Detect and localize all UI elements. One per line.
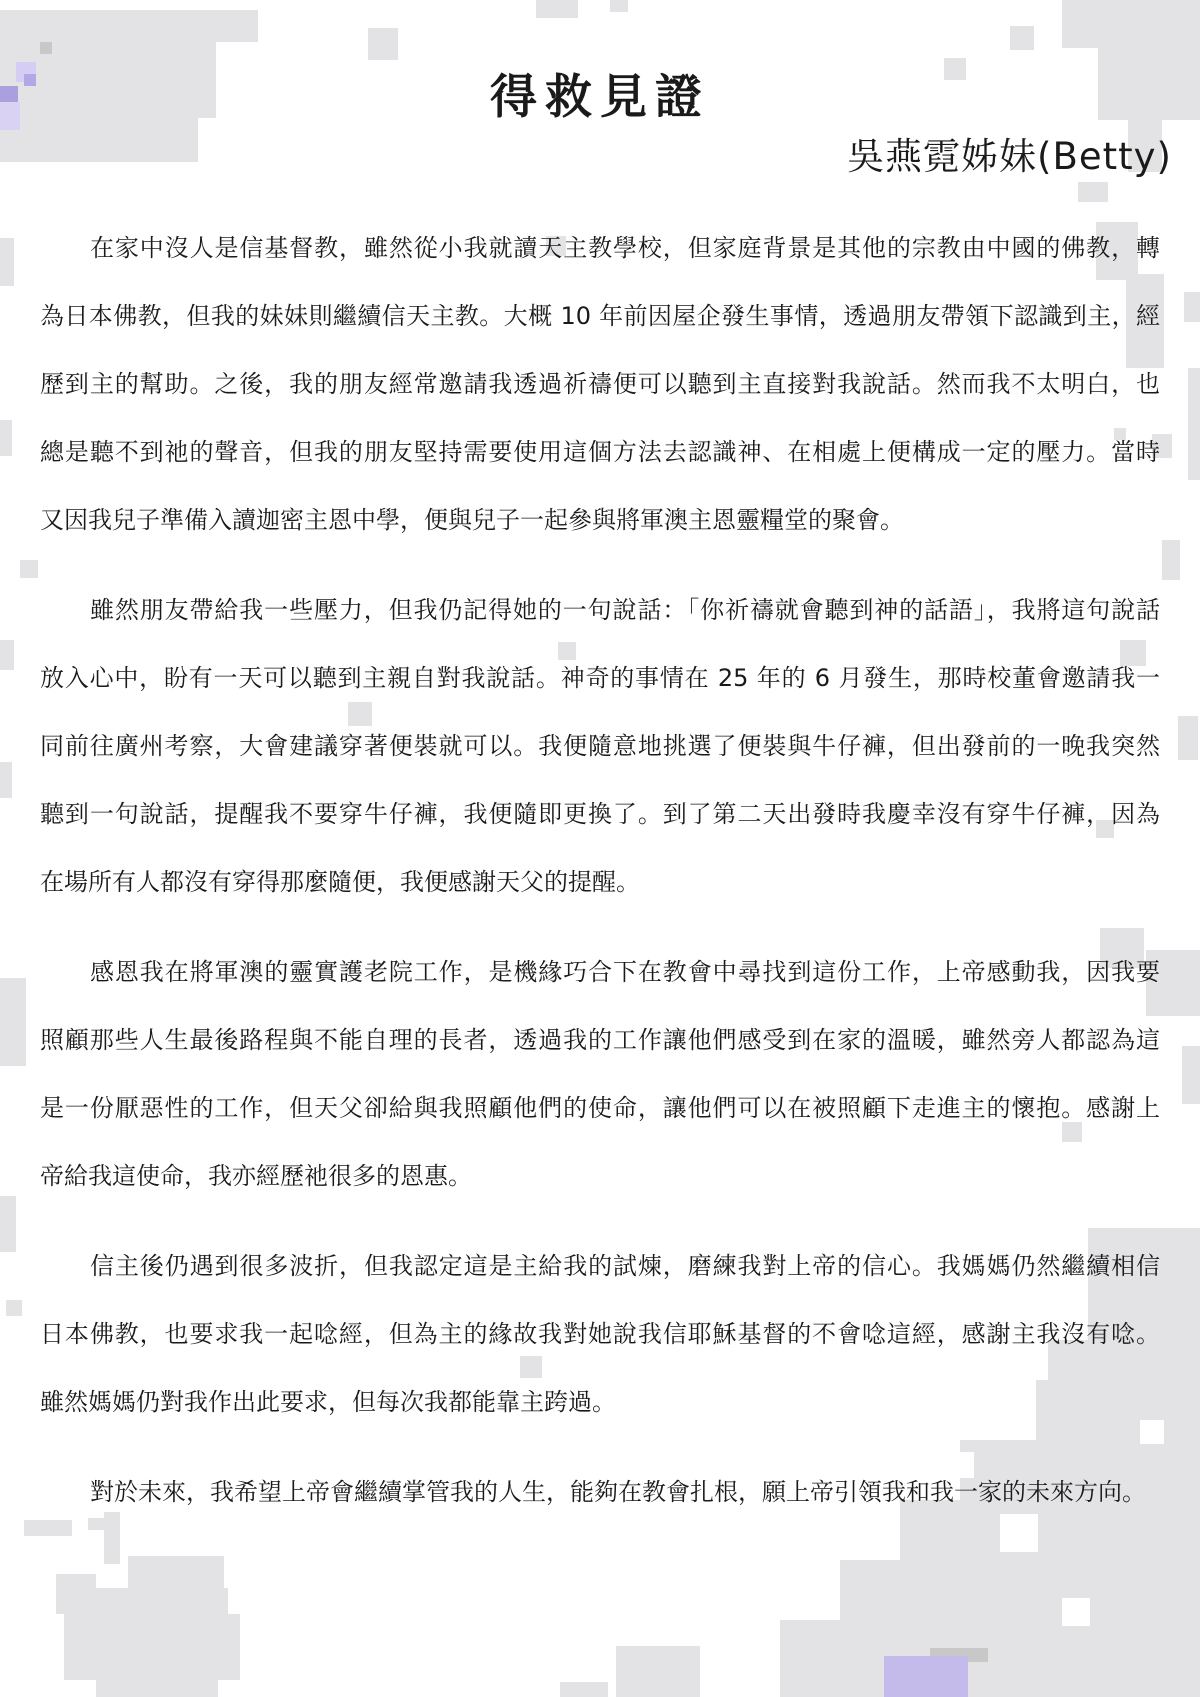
text-line: 歷到主的幫助。之後，我的朋友經常邀請我透過祈禱便可以聽到主直接對我說話。然而我不… [40, 350, 1160, 418]
text-line: 放入心中，盼有一天可以聽到主親自對我說話。神奇的事情在 25 年的 6 月發生，… [40, 644, 1160, 712]
text-body: 在家中沒人是信基督教，雖然從小我就讀天主教學校，但家庭背景是其他的宗教由中國的佛… [40, 214, 1160, 1548]
text-line: 雖然朋友帶給我一些壓力，但我仍記得她的一句說話：「你祈禱就會聽到神的話語」，我將… [40, 576, 1160, 644]
text-line: 雖然媽媽仍對我作出此要求，但每次我都能靠主跨過。 [40, 1368, 1160, 1436]
paragraph: 感恩我在將軍澳的靈實護老院工作，是機緣巧合下在教會中尋找到這份工作，上帝感動我，… [40, 938, 1160, 1210]
text-line: 照顧那些人生最後路程與不能自理的長者，透過我的工作讓他們感受到在家的溫暖，雖然旁… [40, 1006, 1160, 1074]
text-line: 在場所有人都沒有穿得那麼隨便，我便感謝天父的提醒。 [40, 848, 1160, 916]
text-line: 在家中沒人是信基督教，雖然從小我就讀天主教學校，但家庭背景是其他的宗教由中國的佛… [40, 214, 1160, 282]
text-line: 帝給我這使命，我亦經歷祂很多的恩惠。 [40, 1142, 1160, 1210]
text-line: 日本佛教，也要求我一起唸經，但為主的緣故我對她說我信耶穌基督的不會唸這經，感謝主… [40, 1300, 1160, 1368]
author-name: 吳燕霓姊妹(Betty) [847, 126, 1172, 180]
text-line: 又因我兒子準備入讀迦密主恩中學，便與兒子一起參與將軍澳主恩靈糧堂的聚會。 [40, 486, 1160, 554]
page-title: 得救見證 [0, 60, 1200, 127]
paragraph: 雖然朋友帶給我一些壓力，但我仍記得她的一句說話：「你祈禱就會聽到神的話語」，我將… [40, 576, 1160, 916]
text-line: 聽到一句說話，提醒我不要穿牛仔褲，我便隨即更換了。到了第二天出發時我慶幸沒有穿牛… [40, 780, 1160, 848]
text-line: 為日本佛教，但我的妹妹則繼續信天主教。大概 10 年前因屋企發生事情，透過朋友帶… [40, 282, 1160, 350]
text-line: 同前往廣州考察，大會建議穿著便裝就可以。我便隨意地挑選了便裝與牛仔褲，但出發前的… [40, 712, 1160, 780]
text-line: 信主後仍遇到很多波折，但我認定這是主給我的試煉，磨練我對上帝的信心。我媽媽仍然繼… [40, 1232, 1160, 1300]
text-line: 對於未來，我希望上帝會繼續掌管我的人生，能夠在教會扎根，願上帝引領我和我一家的未… [40, 1458, 1160, 1526]
text-line: 總是聽不到祂的聲音，但我的朋友堅持需要使用這個方法去認識神、在相處上便構成一定的… [40, 418, 1160, 486]
text-line: 是一份厭惡性的工作，但天父卻給與我照顧他們的使命，讓他們可以在被照顧下走進主的懷… [40, 1074, 1160, 1142]
paragraph: 對於未來，我希望上帝會繼續掌管我的人生，能夠在教會扎根，願上帝引領我和我一家的未… [40, 1458, 1160, 1526]
text-line: 感恩我在將軍澳的靈實護老院工作，是機緣巧合下在教會中尋找到這份工作，上帝感動我，… [40, 938, 1160, 1006]
paragraph: 信主後仍遇到很多波折，但我認定這是主給我的試煉，磨練我對上帝的信心。我媽媽仍然繼… [40, 1232, 1160, 1436]
paragraph: 在家中沒人是信基督教，雖然從小我就讀天主教學校，但家庭背景是其他的宗教由中國的佛… [40, 214, 1160, 554]
